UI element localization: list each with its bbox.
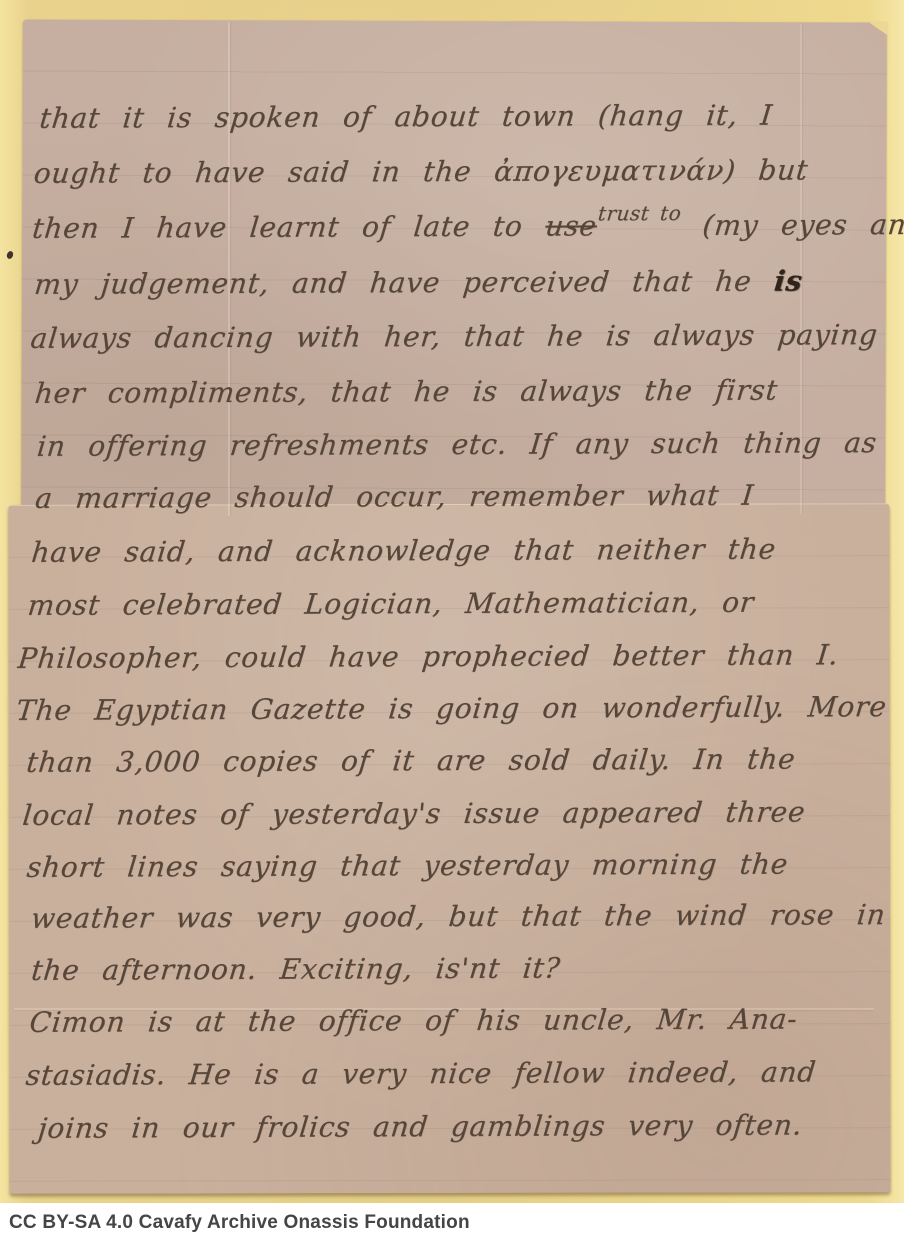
handwritten-line-15: short lines saying that yesterday mornin… bbox=[25, 848, 790, 885]
handwritten-line-17: the afternoon. Exciting, is'nt it? bbox=[30, 952, 562, 988]
handwritten-line-2: ought to have said in the ἀπογευματινάν)… bbox=[32, 153, 810, 190]
handwritten-line-14: local notes of yesterday's issue appeare… bbox=[21, 795, 807, 832]
handwritten-line-13: than 3,000 copies of it are sold daily. … bbox=[25, 742, 798, 779]
handwritten-line-19: stasiadis. He is a very nice fellow inde… bbox=[24, 1055, 818, 1092]
letter-scan-page: that it is spoken of about town (hang it… bbox=[0, 0, 904, 1242]
handwritten-line-5: always dancing with her, that he is alwa… bbox=[29, 318, 880, 356]
handwritten-line-8: a marriage should occur, remember what I bbox=[34, 479, 756, 516]
handwritten-line-12: The Egyptian Gazette is going on wonderf… bbox=[15, 690, 889, 728]
license-bar: CC BY-SA 4.0 Cavafy Archive Onassis Foun… bbox=[0, 1203, 904, 1242]
handwritten-line-16: weather was very good, but that the wind… bbox=[29, 898, 887, 936]
handwritten-line-11: Philosopher, could have prophecied bette… bbox=[16, 638, 840, 676]
ink-blotted-word: is bbox=[773, 264, 804, 297]
line-4-text: my judgement, and have perceived that he bbox=[33, 265, 776, 301]
handwritten-line-4: my judgement, and have perceived that he… bbox=[33, 264, 804, 301]
handwritten-line-18: Cimon is at the office of his uncle, Mr.… bbox=[28, 1002, 799, 1039]
inserted-correction: trust to bbox=[596, 196, 683, 230]
handwritten-line-10: most celebrated Logician, Mathematician,… bbox=[26, 586, 756, 623]
license-text: CC BY-SA 4.0 Cavafy Archive Onassis Foun… bbox=[0, 1212, 470, 1234]
line-3-text: (my eyes and bbox=[678, 208, 904, 242]
handwritten-line-3: then I have learnt of late to usetrust t… bbox=[30, 208, 904, 248]
handwritten-line-9: have said, and acknowledge that neither … bbox=[30, 533, 778, 570]
handwritten-line-20: joins in our frolics and gamblings very … bbox=[36, 1108, 804, 1145]
handwritten-line-1: that it is spoken of about town (hang it… bbox=[38, 99, 774, 136]
handwritten-text-block: that it is spoken of about town (hang it… bbox=[0, 0, 904, 1205]
line-3-text: then I have learnt of late to bbox=[31, 210, 547, 245]
handwritten-line-7: in offering refreshments etc. If any suc… bbox=[35, 426, 878, 464]
struck-out-word: use bbox=[544, 209, 599, 242]
handwritten-line-6: her compliments, that he is always the f… bbox=[33, 374, 779, 411]
